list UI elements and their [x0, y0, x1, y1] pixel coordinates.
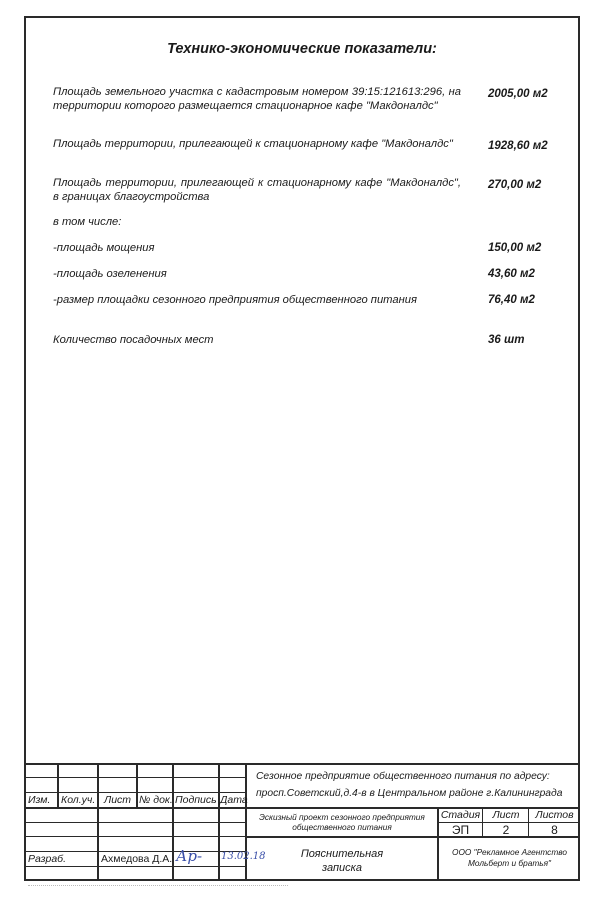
doc-name-line2: записка	[247, 862, 437, 874]
stage-label: Стадия	[439, 809, 482, 821]
indicator-value: 43,60 м2	[488, 268, 535, 282]
signature: Ар-	[176, 847, 202, 865]
header-izm: Изм.	[28, 794, 50, 806]
indicator-label: Площадь земельного участка с кадастровым…	[53, 86, 461, 113]
indicator-label: Площадь территории, прилегающей к стацио…	[53, 177, 461, 204]
indicator-label: -размер площадки сезонного предприятия о…	[53, 294, 483, 308]
indicator-label: в том числе:	[53, 216, 461, 230]
indicator-label: -площадь озеленения	[53, 268, 461, 282]
sheet-label: Лист	[484, 809, 528, 821]
object-title-line2: просп.Советский,д.4-в в Центральном райо…	[256, 788, 562, 799]
indicator-row: -размер площадки сезонного предприятия о…	[53, 294, 551, 308]
indicator-value: 2005,00 м2	[488, 88, 548, 102]
title-block: Изм. Кол.уч. Лист № док. Подпись Дата Ра…	[24, 763, 580, 881]
indicator-row: Количество посадочных мест 36 шт	[53, 334, 551, 348]
sheet-value: 2	[484, 823, 528, 837]
org-line1: ООО "Рекламное Агентство	[439, 847, 580, 857]
indicator-value: 150,00 м2	[488, 242, 541, 256]
indicator-row: Площадь территории, прилегающей к стацио…	[53, 138, 551, 166]
role-label: Разраб.	[28, 853, 66, 865]
project-line2: общественного питания	[247, 822, 437, 832]
developer-name: Ахмедова Д.А.	[101, 853, 172, 865]
org-line2: Мольберт и братья"	[439, 858, 580, 868]
indicator-value: 76,40 м2	[488, 294, 535, 308]
indicator-row: в том числе:	[53, 216, 551, 230]
indicator-label: Количество посадочных мест	[53, 334, 461, 348]
indicator-label: -площадь мощения	[53, 242, 461, 256]
object-title-line1: Сезонное предприятие общественного питан…	[256, 771, 550, 782]
header-data: Дата	[220, 794, 248, 806]
doc-name-line1: Пояснительная	[247, 848, 437, 860]
scan-artifact-line	[28, 885, 288, 887]
indicator-row: -площадь озеленения 43,60 м2	[53, 268, 551, 282]
indicator-value: 270,00 м2	[488, 179, 541, 193]
stage-value: ЭП	[439, 823, 482, 837]
sheets-value: 8	[529, 823, 580, 837]
sheets-label: Листов	[529, 809, 580, 821]
indicator-row: Площадь земельного участка с кадастровым…	[53, 86, 551, 126]
header-podpis: Подпись	[175, 794, 217, 806]
indicator-label: Площадь территории, прилегающей к стацио…	[53, 138, 461, 152]
indicator-value: 36 шт	[488, 334, 524, 348]
header-list: Лист	[104, 794, 131, 806]
indicator-value: 1928,60 м2	[488, 140, 548, 154]
project-line1: Эскизный проект сезонного предприятия	[247, 812, 437, 822]
header-no-dok: № док.	[139, 794, 173, 806]
indicator-row: Площадь территории, прилегающей к стацио…	[53, 177, 551, 205]
header-kol-uch: Кол.уч.	[61, 794, 95, 806]
page-title: Технико-экономические показатели:	[24, 41, 580, 57]
indicator-row: -площадь мощения 150,00 м2	[53, 242, 551, 256]
